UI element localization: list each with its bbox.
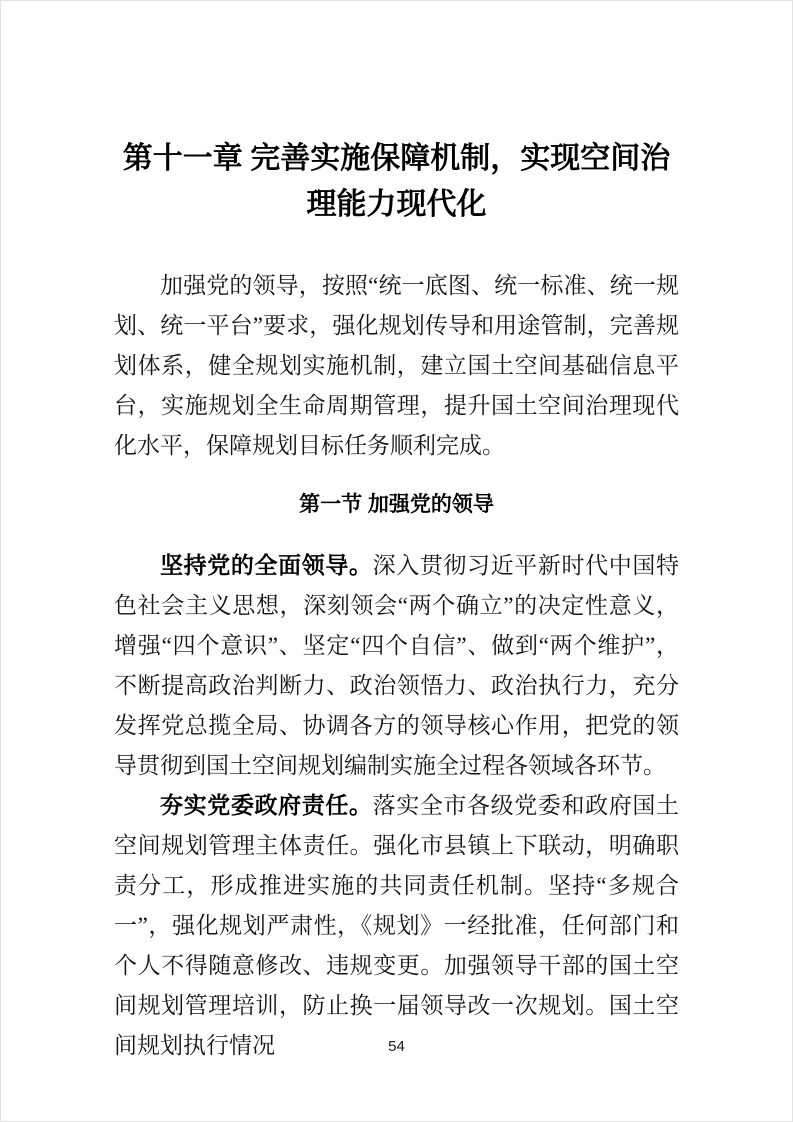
- paragraph-text: 深入贯彻习近平新时代中国特色社会主义思想，深刻领会“两个确立”的决定性意义，增强…: [114, 553, 679, 778]
- body-paragraph: 坚持党的全面领导。深入贯彻习近平新时代中国特色社会主义思想，深刻领会“两个确立”…: [114, 546, 679, 786]
- document-page: 第十一章 完善实施保障机制，实现空间治理能力现代化 加强党的领导，按照“统一底图…: [0, 0, 793, 1122]
- page-content: 第十一章 完善实施保障机制，实现空间治理能力现代化 加强党的领导，按照“统一底图…: [1, 1, 792, 1066]
- paragraph-lead-phrase: 夯实党委政府责任。: [160, 793, 373, 818]
- paragraph-text: 落实全市各级党委和政府国土空间规划管理主体责任。强化市县镇上下联动，明确职责分工…: [114, 793, 679, 1058]
- chapter-title: 第十一章 完善实施保障机制，实现空间治理能力现代化: [114, 136, 679, 228]
- page-number: 54: [1, 1037, 792, 1057]
- section-heading: 第一节 加强党的领导: [114, 490, 679, 520]
- paragraph-lead-phrase: 坚持党的全面领导。: [160, 553, 373, 578]
- intro-paragraph: 加强党的领导，按照“统一底图、统一标准、统一规划、统一平台”要求，强化规划传导和…: [114, 266, 679, 466]
- body-paragraph: 夯实党委政府责任。落实全市各级党委和政府国土空间规划管理主体责任。强化市县镇上下…: [114, 786, 679, 1066]
